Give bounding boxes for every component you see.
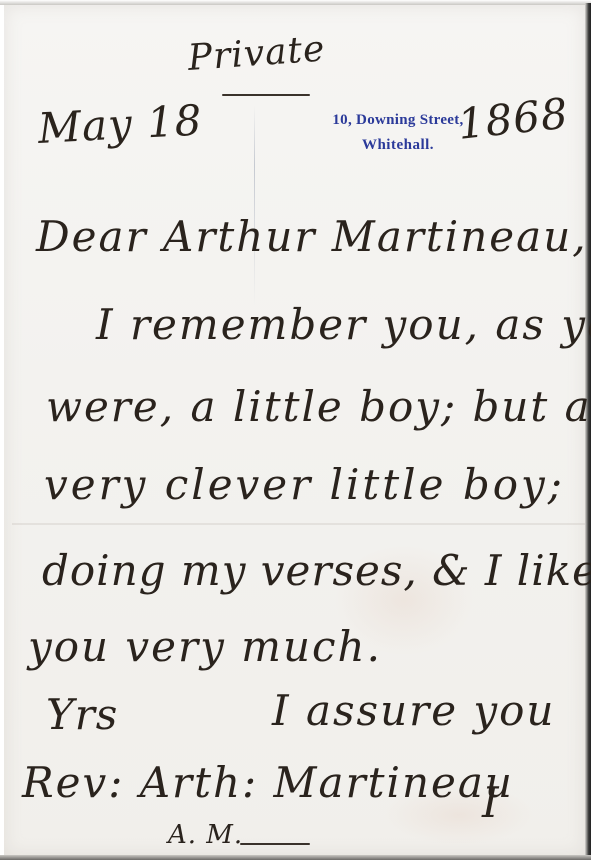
letterhead-address-line1: 10, Downing Street, xyxy=(318,113,478,128)
letterhead-address-line2: Whitehall. xyxy=(318,138,478,153)
paper-fold-horizontal xyxy=(12,523,587,525)
body-line-4: doing my verses, & I liked xyxy=(42,546,591,595)
salutation: Dear Arthur Martineau, xyxy=(36,212,588,261)
addressee-line: Rev: Arth: Martineau xyxy=(22,758,514,807)
body-line-3: very clever little boy; xyxy=(44,460,565,509)
private-underline xyxy=(222,94,310,96)
paper-bottom-edge xyxy=(0,855,591,860)
body-line-5: you very much. xyxy=(28,622,382,671)
closing-yours: Yrs xyxy=(46,690,118,739)
date-month-day: May 18 xyxy=(37,95,204,153)
signature: A. M. xyxy=(168,820,243,850)
paper-fold-vertical xyxy=(254,105,255,305)
scanned-letter: Private May 18 10, Downing Street, White… xyxy=(0,0,591,860)
signature-flourish xyxy=(240,843,310,845)
body-line-1: I remember you, as you xyxy=(96,300,591,349)
closing-trailing-initial: I xyxy=(482,778,500,827)
letterhead-stamp: 10, Downing Street, Whitehall. xyxy=(318,113,478,153)
closing-phrase: I assure you xyxy=(272,686,556,735)
body-line-2: were, a little boy; but a xyxy=(46,382,591,431)
